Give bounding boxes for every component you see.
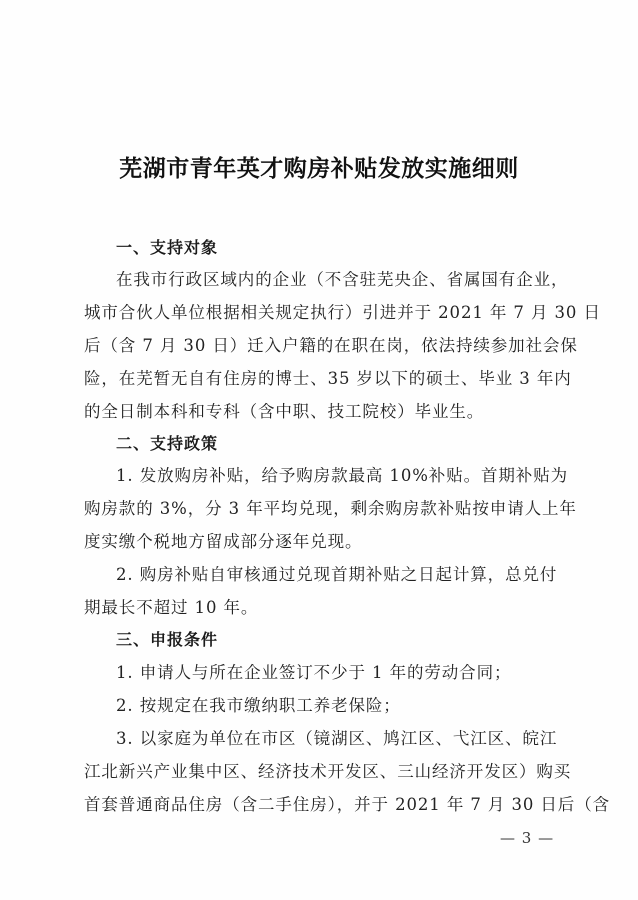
paragraph-line: 后（含 7 月 30 日）迁入户籍的在职在岗，依法持续参加社会保 — [84, 336, 554, 356]
paragraph-line: 在我市行政区域内的企业（不含驻芜央企、省属国有企业， — [116, 270, 554, 290]
section-heading-application-conditions: 三、申报条件 — [116, 630, 218, 650]
page-number: — 3 — — [500, 828, 554, 848]
document-title: 芜湖市青年英才购房补贴发放实施细则 — [0, 150, 638, 183]
paragraph-line: 江北新兴产业集中区、经济技术开发区、三山经济开发区）购买 — [84, 762, 554, 782]
paragraph-line: 3. 以家庭为单位在市区（镜湖区、鸠江区、弋江区、皖江 — [116, 729, 554, 749]
paragraph-line: 2. 按规定在我市缴纳职工养老保险； — [116, 696, 554, 716]
paragraph-line: 的全日制本科和专科（含中职、技工院校）毕业生。 — [84, 402, 554, 422]
paragraph-line: 度实缴个税地方留成部分逐年兑现。 — [84, 532, 554, 552]
section-heading-support-policy: 二、支持政策 — [116, 434, 218, 454]
paragraph-line: 城市合伙人单位根据相关规定执行）引进并于 2021 年 7 月 30 日 — [84, 303, 554, 323]
paragraph-line: 险，在芜暂无自有住房的博士、35 岁以下的硕士、毕业 3 年内 — [84, 369, 554, 389]
document-page: 芜湖市青年英才购房补贴发放实施细则 一、支持对象 在我市行政区域内的企业（不含驻… — [0, 0, 638, 900]
paragraph-line: 期最长不超过 10 年。 — [84, 598, 554, 618]
section-heading-support-targets: 一、支持对象 — [116, 238, 218, 258]
paragraph-line: 1. 发放购房补贴，给予购房款最高 10%补贴。首期补贴为 — [116, 466, 554, 486]
paragraph-line: 1. 申请人与所在企业签订不少于 1 年的劳动合同； — [116, 663, 554, 683]
paragraph-line: 购房款的 3%，分 3 年平均兑现，剩余购房款补贴按申请人上年 — [84, 499, 554, 519]
paragraph-line: 首套普通商品住房（含二手住房），并于 2021 年 7 月 30 日后（含 — [84, 795, 554, 815]
paragraph-line: 2. 购房补贴自审核通过兑现首期补贴之日起计算，总兑付 — [116, 565, 554, 585]
